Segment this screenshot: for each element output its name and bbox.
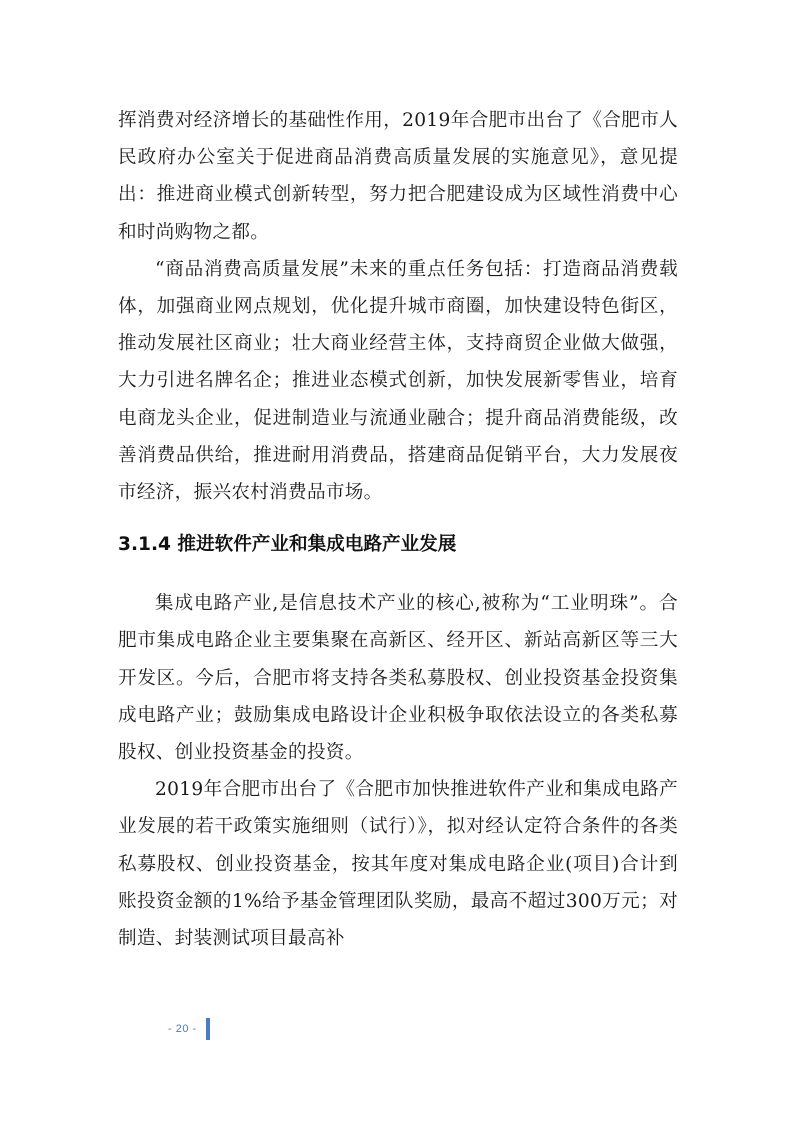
page-number: - 20 -: [168, 1023, 197, 1035]
paragraph-ic-policy: 2019年合肥市出台了《合肥市加快推进软件产业和集成电路产业发展的若干政策实施细…: [118, 771, 678, 957]
document-page: 挥消费对经济增长的基础性作用，2019年合肥市出台了《合肥市人民政府办公室关于促…: [0, 0, 793, 1122]
page-footer: - 20 -: [168, 1018, 210, 1040]
paragraph-consumption-intro: 挥消费对经济增长的基础性作用，2019年合肥市出台了《合肥市人民政府办公室关于促…: [118, 102, 678, 251]
page-content: 挥消费对经济增长的基础性作用，2019年合肥市出台了《合肥市人民政府办公室关于促…: [118, 102, 678, 957]
page-accent-bar: [206, 1018, 210, 1040]
paragraph-key-tasks: “商品消费高质量发展”未来的重点任务包括：打造商品消费载体，加强商业网点规划，优…: [118, 251, 678, 511]
section-heading: 3.1.4 推进软件产业和集成电路产业发展: [118, 511, 678, 585]
paragraph-ic-industry: 集成电路产业,是信息技术产业的核心,被称为“工业明珠”。合肥市集成电路企业主要集…: [118, 585, 678, 771]
